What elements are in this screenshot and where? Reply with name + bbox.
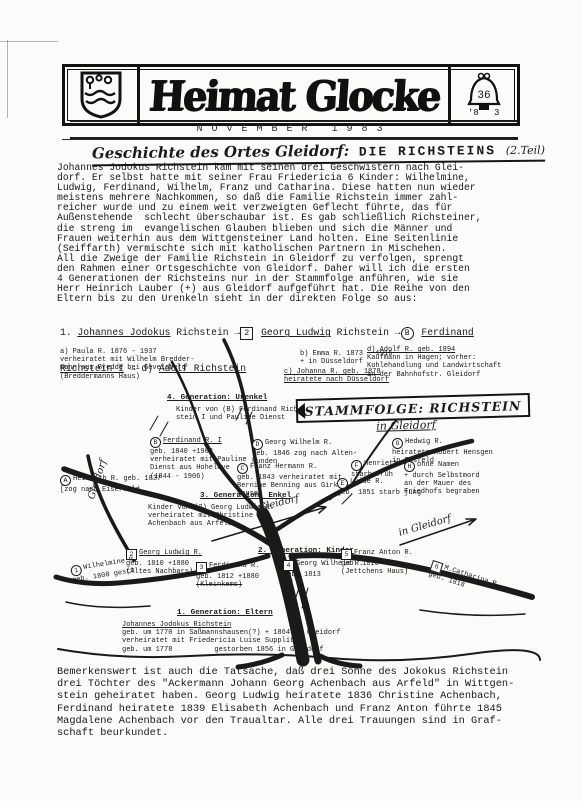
marker-5: 5: [341, 549, 352, 560]
marker-4: 4: [283, 560, 294, 571]
text-line: drei Töchter des "Ackermann Johann Georg…: [57, 678, 514, 690]
label-parents: Johannes Jodokus Richsteingeb. um 1770 i…: [122, 621, 340, 654]
text-line: Eltern bis zu den Urenkeln sieht in der …: [57, 294, 481, 304]
text-line: stein geheiratet haben. Georg Ludwig hei…: [57, 690, 514, 702]
svg-text:3: 3: [494, 108, 499, 118]
coat-of-arms-icon: [65, 67, 140, 123]
marker-H: H: [404, 461, 415, 472]
text-line: Bemerkenswert ist auch die Tatsache, daß…: [57, 666, 514, 678]
text-line: Magdalene Achenbach vor den Traualtar. A…: [57, 715, 514, 727]
label-ferdinand-I: BFerdinand R. Igeb. 1840 +1902verheirate…: [150, 437, 247, 481]
text-line: Ferdinand heiratete 1839 Elisabeth Achen…: [57, 703, 514, 715]
intro-paragraph: Johannes Jodokus Richstein kam mit seine…: [57, 163, 481, 304]
label-ferdinand-2: 3Ferdinand R.geb. 1812 +1880(Kleinkems): [196, 562, 259, 589]
header-generation-1: 1. Generation: Eltern: [177, 609, 273, 617]
marker-E: E: [337, 478, 348, 489]
marker-D: D: [252, 439, 263, 450]
text-line: schaft beurkundet.: [57, 727, 514, 739]
headline-caps-part: DIE RICHSTEINS: [359, 143, 506, 160]
issue-date: NOVEMBER 1983: [70, 120, 518, 139]
marker-A: A: [60, 475, 71, 486]
scan-artifact-line: [7, 40, 8, 118]
masthead: Heimat Glocke 36 '8 3: [62, 64, 520, 126]
header-generation-2: 2. Generation: Kinder: [258, 547, 354, 555]
marker-G: G: [392, 438, 403, 449]
marker-B: B: [150, 437, 161, 448]
label-paula: a) Paula R. 1876 - 1937verheiratet mit W…: [60, 348, 194, 381]
marker-C: C: [237, 463, 248, 474]
scan-artifact-line: [0, 41, 58, 42]
label-adolf: d) Adolf R. geb. 1894Kaufmann in Hagen; …: [367, 346, 501, 379]
svg-text:'8: '8: [468, 108, 479, 118]
scanned-newsletter-page: Heimat Glocke 36 '8 3 NOVEMBER 1983 Gesc…: [0, 0, 582, 801]
label-kinder-georg-ludwig: Kinder von (2) Georg Ludwig R.verheirate…: [148, 504, 274, 529]
bell-icon: 36 '8 3: [448, 67, 517, 123]
banner-title: STAMMFOLGE: RICHSTEIN: [304, 398, 521, 419]
issue-number: 36: [477, 90, 490, 102]
headline-suffix: (2.Teil): [506, 144, 545, 157]
marker-3: 3: [196, 562, 207, 573]
label-kinder-ferdinand: Kinder von (B) Ferdinand Rich-stein I un…: [176, 406, 302, 422]
closing-paragraph: Bemerkenswert ist auch die Tatsache, daß…: [57, 666, 514, 739]
headline-script-part: Geschichte des Ortes Gleidorf:: [92, 142, 349, 163]
newsletter-title: Heimat Glocke: [138, 65, 450, 125]
label-franz-anton: 5Franz Anton R.geb. 1816(Jettchens Haus): [341, 549, 413, 576]
label-luise: ELuise R.geb. 1851 starb jung: [337, 478, 421, 497]
label-heinrich: AHeinrich R. geb. 1837[zog nach Eiserfel…: [60, 475, 161, 494]
header-generation-4: 4. Generation: Urenkel: [167, 394, 267, 402]
marker-F: F: [351, 460, 362, 471]
